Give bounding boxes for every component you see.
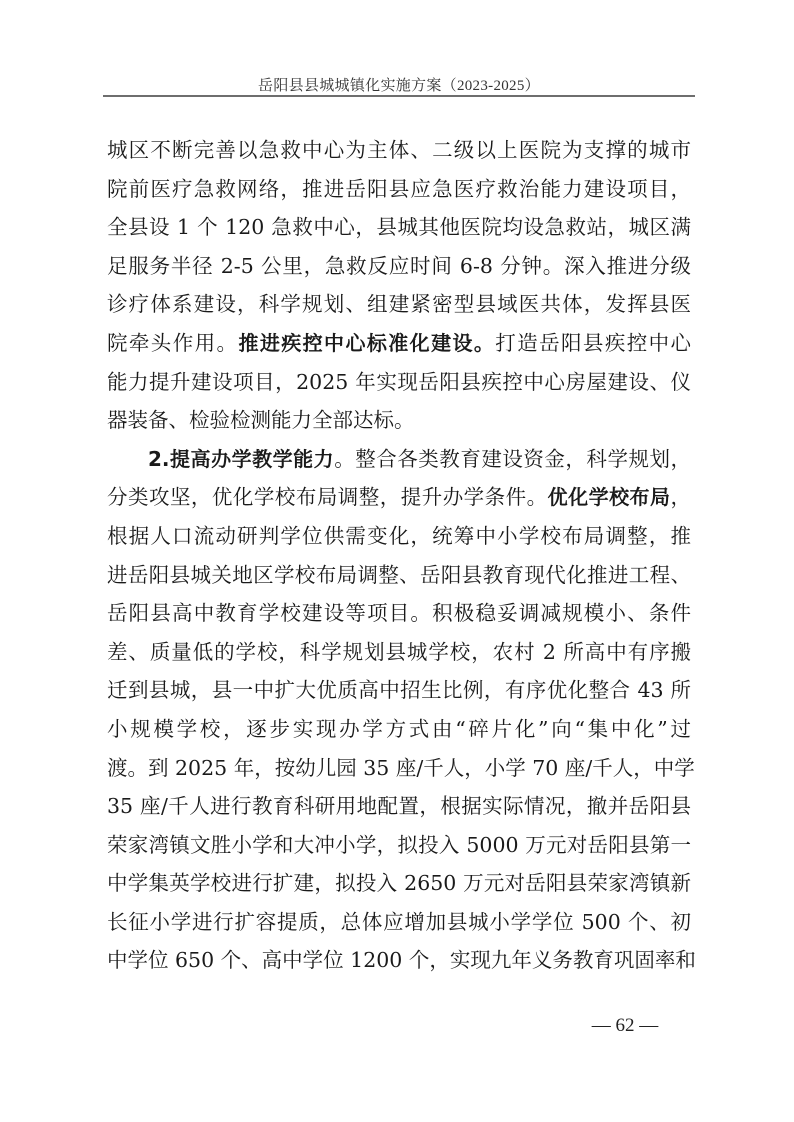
text-line: 35 座/千人进行教育科研用地配置，根据实际情况，撤并岳阳县 (107, 787, 691, 826)
text-line: 长征小学进行扩容提质，总体应增加县城小学学位 500 个、初 (107, 903, 691, 942)
bold-heading-text: 2.提高办学教学能力 (148, 447, 334, 471)
page-number: — 62 — (560, 1015, 690, 1037)
body-text-segment: 分类攻坚，优化学校布局调整，提升办学条件。 (107, 485, 548, 509)
text-line: 器装备、检验检测能力全部达标。 (107, 401, 691, 440)
header-divider (103, 95, 695, 97)
text-line: 分类攻坚，优化学校布局调整，提升办学条件。优化学校布局， (107, 478, 691, 517)
body-text-segment: 进岳阳县城关地区学校布局调整、岳阳县教育现代化推进工程、 (107, 563, 691, 587)
body-text-segment: 中学位 650 个、高中学位 1200 个，实现九年义务教育巩固率和 (107, 948, 696, 972)
body-text-segment: 渡。到 2025 年，按幼儿园 35 座/千人，小学 70 座/千人，中学 (107, 756, 695, 780)
text-line: 进岳阳县城关地区学校布局调整、岳阳县教育现代化推进工程、 (107, 556, 691, 595)
text-line: 能力提升建设项目，2025 年实现岳阳县疾控中心房屋建设、仪 (107, 363, 691, 402)
text-line: 荣家湾镇文胜小学和大冲小学，拟投入 5000 万元对岳阳县第一 (107, 826, 691, 865)
body-text-segment: 院牵头作用。 (107, 331, 238, 355)
text-line: 岳阳县高中教育学校建设等项目。积极稳妥调减规模小、条件 (107, 594, 691, 633)
body-text-segment: 荣家湾镇文胜小学和大冲小学，拟投入 5000 万元对岳阳县第一 (107, 833, 691, 857)
text-line: 2.提高办学教学能力。整合各类教育建设资金，科学规划， (107, 440, 691, 479)
text-line: 差、质量低的学校，科学规划县城学校，农村 2 所高中有序搬 (107, 633, 691, 672)
running-header: 岳阳县县城城镇化实施方案（2023-2025） (103, 74, 695, 95)
text-line: 迁到县城，县一中扩大优质高中招生比例，有序优化整合 43 所 (107, 671, 691, 710)
text-line: 全县设 1 个 120 急救中心，县城其他医院均设急救站，城区满 (107, 208, 691, 247)
body-text-segment: 全县设 1 个 120 急救中心，县城其他医院均设急救站，城区满 (107, 215, 691, 239)
body-text-segment: 35 座/千人进行教育科研用地配置，根据实际情况，撤并岳阳县 (107, 794, 691, 818)
text-line: 院牵头作用。推进疾控中心标准化建设。打造岳阳县疾控中心 (107, 324, 691, 363)
text-line: 渡。到 2025 年，按幼儿园 35 座/千人，小学 70 座/千人，中学 (107, 749, 691, 788)
text-line: 足服务半径 2-5 公里，急救反应时间 6-8 分钟。深入推进分级 (107, 247, 691, 286)
body-text-segment: 能力提升建设项目，2025 年实现岳阳县疾控中心房屋建设、仪 (107, 370, 691, 394)
text-line: 根据人口流动研判学位供需变化，统筹中小学校布局调整，推 (107, 517, 691, 556)
text-line: 院前医疗急救网络，推进岳阳县应急医疗救治能力建设项目， (107, 170, 691, 209)
body-text-segment: 院前医疗急救网络，推进岳阳县应急医疗救治能力建设项目， (107, 177, 691, 201)
text-line: 诊疗体系建设，科学规划、组建紧密型县域医共体，发挥县医 (107, 285, 691, 324)
body-text-segment: 小规模学校，逐步实现办学方式由“碎片化”向“集中化”过 (107, 717, 691, 741)
body-text-segment: 器装备、检验检测能力全部达标。 (107, 408, 415, 432)
body-text-segment: 根据人口流动研判学位供需变化，统筹中小学校布局调整，推 (107, 524, 691, 548)
body-text-segment: 。整合各类教育建设资金，科学规划， (334, 447, 691, 471)
body-text-segment: 差、质量低的学校，科学规划县城学校，农村 2 所高中有序搬 (107, 640, 691, 664)
body-text-segment: 城区不断完善以急救中心为主体、二级以上医院为支撑的城市 (107, 138, 691, 162)
text-line: 中学集英学校进行扩建，拟投入 2650 万元对岳阳县荣家湾镇新 (107, 864, 691, 903)
body-text-segment: 中学集英学校进行扩建，拟投入 2650 万元对岳阳县荣家湾镇新 (107, 871, 691, 895)
text-line: 小规模学校，逐步实现办学方式由“碎片化”向“集中化”过 (107, 710, 691, 749)
document-body: 城区不断完善以急救中心为主体、二级以上医院为支撑的城市院前医疗急救网络，推进岳阳… (107, 131, 691, 980)
body-text-segment: 诊疗体系建设，科学规划、组建紧密型县域医共体，发挥县医 (107, 292, 691, 316)
body-text-segment: 迁到县城，县一中扩大优质高中招生比例，有序优化整合 43 所 (107, 678, 691, 702)
text-line: 城区不断完善以急救中心为主体、二级以上医院为支撑的城市 (107, 131, 691, 170)
bold-heading-text: 优化学校布局 (548, 485, 671, 509)
bold-heading-text: 推进疾控中心标准化建设。 (238, 331, 495, 355)
body-text-segment: 岳阳县高中教育学校建设等项目。积极稳妥调减规模小、条件 (107, 601, 691, 625)
body-text-segment: 打造岳阳县疾控中心 (495, 331, 691, 355)
body-text-segment: 长征小学进行扩容提质，总体应增加县城小学学位 500 个、初 (107, 910, 691, 934)
text-line: 中学位 650 个、高中学位 1200 个，实现九年义务教育巩固率和 (107, 941, 691, 980)
body-text-segment: 足服务半径 2-5 公里，急救反应时间 6-8 分钟。深入推进分级 (107, 254, 691, 278)
body-text-segment: ， (671, 485, 692, 509)
